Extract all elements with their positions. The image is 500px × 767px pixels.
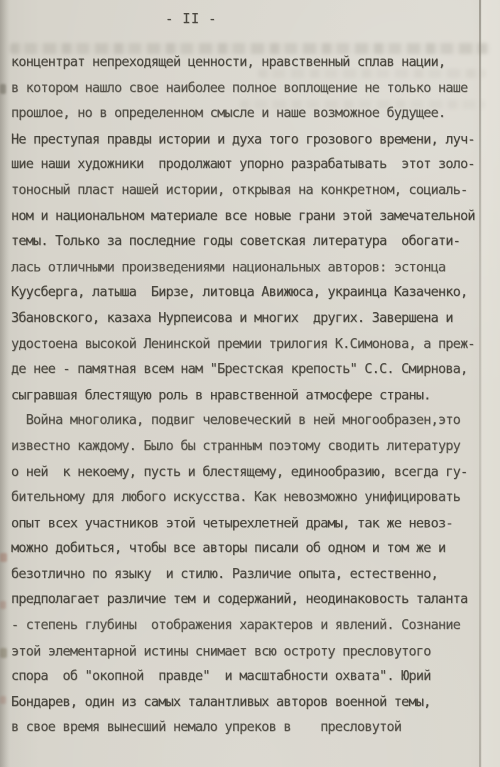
- text-line: прошлое, но в определенном смысле и наше…: [11, 101, 485, 127]
- typed-text-block: концентрат непреходящей ценности, нравст…: [11, 50, 485, 741]
- text-line: опыт всех участников этой четырехлетней …: [11, 511, 485, 537]
- text-line: в котором нашло свое наиболее полное воп…: [11, 76, 485, 102]
- text-line: Война многолика, подвиг человеческий в н…: [11, 408, 485, 434]
- text-line: лась отличными произведениями национальн…: [11, 255, 485, 281]
- edge-ink-smudge: [0, 601, 6, 609]
- text-line: Не преступая правды истории и духа того …: [11, 127, 485, 153]
- text-line: Збановского, казаха Нурпеисова и многих …: [11, 306, 485, 332]
- text-line: этой элементарной истины снимает всю ост…: [11, 639, 485, 665]
- text-line: безотлично по языку и стилю. Различие оп…: [11, 562, 485, 588]
- edge-ink-smudge: [0, 648, 7, 658]
- page-number: - II -: [0, 11, 382, 27]
- text-line: - степень глубины отображения характеров…: [11, 613, 485, 639]
- text-line: концентрат непреходящей ценности, нравст…: [11, 50, 485, 76]
- text-line: удостоена высокой Ленинской премии трило…: [11, 332, 485, 358]
- text-line: в свое время вынесший немало упреков в п…: [11, 715, 485, 741]
- manuscript-page: - II - концентрат непреходящей ценности,…: [0, 0, 500, 767]
- text-line: тоносный пласт нашей истории, открывая н…: [11, 178, 485, 204]
- text-line: спора об "окопной правде" и масштабности…: [11, 664, 485, 690]
- text-line: шие наши художники продолжают упорно раз…: [11, 152, 485, 178]
- text-line: бительному для любого искусства. Как нев…: [11, 485, 485, 511]
- text-line: предполагает различие тем и содержаний, …: [11, 587, 485, 613]
- text-line: ном и национальном материале все новые г…: [11, 204, 485, 230]
- text-line: Бондарев, один из самых талантливых авто…: [11, 690, 485, 716]
- text-line: известно каждому. Было бы странным поэто…: [11, 434, 485, 460]
- text-line: сыгравшая блестящую роль в нравственной …: [11, 383, 485, 409]
- edge-ink-smudge: [0, 84, 6, 94]
- text-line: де нее - памятная всем нам "Брестская кр…: [11, 357, 485, 383]
- text-line: о ней к некоему, пусть и блестящему, еди…: [11, 460, 485, 486]
- text-line: Куусберга, латыша Бирзе, литовца Авижюса…: [11, 280, 485, 306]
- text-line: темы. Только за последние годы советская…: [11, 229, 485, 255]
- text-line: можно добиться, чтобы все авторы писали …: [11, 536, 485, 562]
- edge-ink-smudge: [0, 553, 7, 562]
- edge-ink-smudge: [0, 696, 6, 704]
